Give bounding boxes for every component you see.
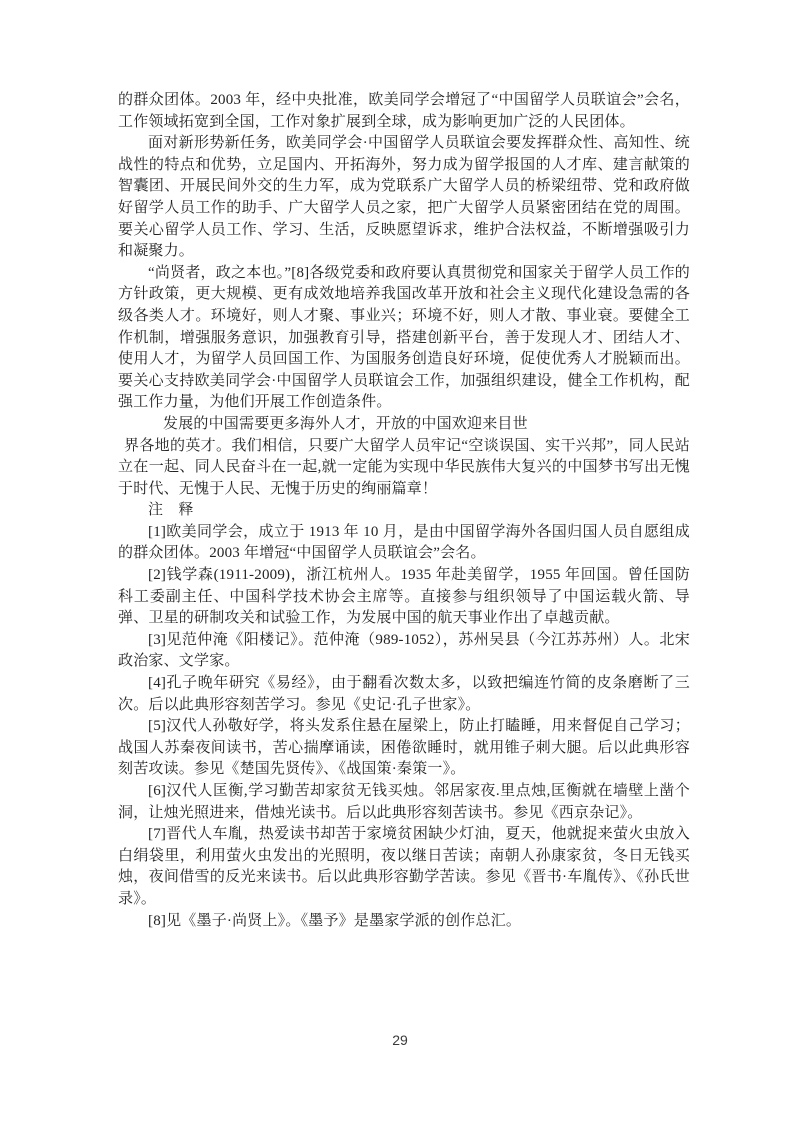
footnote-8: [8]见《墨子·尚贤上》。《墨予》是墨家学派的创作总汇。 <box>118 911 690 933</box>
paragraph-2: 面对新形势新任务，欧美同学会·中国留学人员联谊会要发挥群众性、高知性、统战性的特… <box>118 133 690 263</box>
footnote-2: [2]钱学森(1911-2009)，浙江杭州人。1935 年赴美留学，1955 … <box>118 565 690 630</box>
footnote-1: [1]欧美同学会，成立于 1913 年 10 月，是由中国留学海外各国归国人员自… <box>118 522 690 565</box>
footnote-3: [3]见范仲淹《阳楼记》。范仲淹（989-1052），苏州吴县（今江苏苏州）人。… <box>118 630 690 673</box>
document-page: 的群众团体。2003 年，经中央批准，欧美同学会增冠了“中国留学人员联谊会”会名… <box>0 0 800 1131</box>
footnote-7: [7]晋代人车胤，热爱读书却苦于家境贫困缺少灯油，夏天，他就捉来萤火虫放入白绢袋… <box>118 824 690 910</box>
paragraph-5: 界各地的英才。我们相信，只要广大留学人员牢记“空谈误国、实干兴邦”，同人民站立在… <box>118 436 690 501</box>
paragraph-3: “尚贤者，政之本也。”[8]各级党委和政府要认真贯彻党和国家关于留学人员工作的方… <box>118 263 690 414</box>
paragraph-4: 发展的中国需要更多海外人才，开放的中国欢迎来目世 <box>118 414 690 436</box>
paragraph-1: 的群众团体。2003 年，经中央批准，欧美同学会增冠了“中国留学人员联谊会”会名… <box>118 90 690 133</box>
page-number: 29 <box>0 1032 800 1048</box>
footnote-6: [6]汉代人匡衡,学习勤苦却家贫无钱买烛。邻居家夜.里点烛,匡衡就在墙壁上凿个洞… <box>118 781 690 824</box>
notes-heading: 注 释 <box>118 500 690 522</box>
text-block: 的群众团体。2003 年，经中央批准，欧美同学会增冠了“中国留学人员联谊会”会名… <box>118 90 690 932</box>
footnote-4: [4]孔子晚年研究《易经》，由于翻看次数太多，以致把编连竹简的皮条磨断了三次。后… <box>118 673 690 716</box>
footnote-5: [5]汉代人孙敬好学，将头发系住悬在屋梁上，防止打瞌睡，用来督促自己学习；战国人… <box>118 716 690 781</box>
